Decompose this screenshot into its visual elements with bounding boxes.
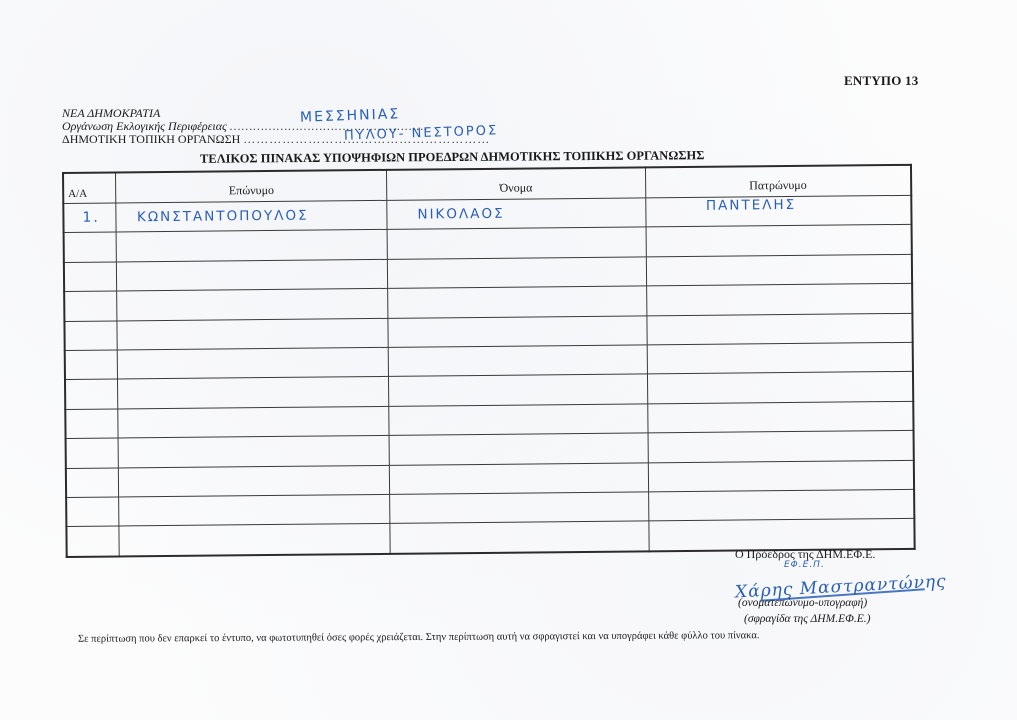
cell-aa — [66, 526, 119, 556]
cell-surname-value — [119, 450, 389, 453]
cell-name — [390, 521, 649, 553]
cell-surname-value — [118, 333, 388, 336]
cell-father-name-value — [647, 292, 911, 295]
cell-father-name — [646, 225, 912, 257]
cell-father-name-value — [647, 322, 911, 325]
cell-father-name — [647, 372, 913, 404]
cell-surname — [119, 435, 390, 467]
municipality-label: ΔΗΜΟΤΙΚΗ ΤΟΠΙΚΗ ΟΡΓΑΝΩΣΗ — [62, 133, 240, 146]
cell-name-value — [390, 477, 648, 479]
cell-name-value — [388, 242, 646, 244]
cell-name-value — [389, 330, 647, 332]
cell-aa: 1. — [63, 203, 116, 233]
cell-father-name — [648, 430, 914, 462]
table-title: ΤΕΛΙΚΟΣ ΠΙΝΑΚΑΣ ΥΠΟΨΗΦΙΩΝ ΠΡΟΕΔΡΩΝ ΔΗΜΟΤ… — [200, 148, 704, 167]
form-number: ΕΝΤΥΠΟ 13 — [844, 73, 918, 89]
cell-name — [388, 286, 647, 318]
cell-name — [389, 433, 648, 465]
cell-name — [390, 492, 649, 524]
cell-aa-value: 1. — [64, 210, 116, 226]
cell-aa — [66, 467, 119, 497]
cell-father-name-value — [646, 233, 910, 236]
cell-surname — [119, 494, 390, 526]
table-body: 1.ΚΩΝΣΤΑΝΤΟΠΟΥΛΟΣΝΙΚΟΛΑΟΣΠΑΝΤΕΛΗΣ — [63, 195, 914, 556]
cell-aa — [66, 497, 119, 527]
cell-surname: ΚΩΝΣΤΑΝΤΟΠΟΥΛΟΣ — [116, 200, 387, 232]
cell-aa — [65, 350, 118, 380]
cell-surname-value — [117, 244, 387, 247]
cell-surname-value — [118, 303, 388, 306]
cell-father-name — [646, 254, 912, 286]
cell-father-name: ΠΑΝΤΕΛΗΣ — [645, 195, 911, 227]
cell-surname — [119, 524, 390, 556]
cell-name-value — [389, 360, 647, 362]
cell-surname-value: ΚΩΝΣΤΑΝΤΟΠΟΥΛΟΣ — [117, 207, 387, 226]
scanned-form-page: ΕΝΤΥΠΟ 13 ΝΕΑ ΔΗΜΟΚΡΑΤΙΑ Οργάνωση Εκλογι… — [0, 0, 1017, 720]
cell-surname — [118, 406, 389, 438]
cell-surname-value — [119, 391, 389, 394]
cell-surname — [118, 347, 389, 379]
cell-name-value — [388, 271, 646, 273]
cell-aa — [64, 232, 117, 262]
cell-father-name-value — [649, 527, 913, 530]
cell-father-name-value — [648, 410, 912, 413]
cell-father-name — [647, 401, 913, 433]
cell-father-name-value — [648, 380, 912, 383]
cell-name-value — [391, 536, 649, 538]
cell-name — [387, 227, 646, 259]
cell-surname-value — [117, 274, 387, 277]
cell-name-value — [389, 389, 647, 391]
cell-name — [389, 404, 648, 436]
candidates-table: Α/Α Επώνυμο Όνομα Πατρώνυμο 1.ΚΩΝΣΤΑΝΤΟΠ… — [62, 164, 916, 558]
cell-father-name-value — [648, 439, 912, 442]
cell-name — [388, 315, 647, 347]
footnote: Σε περίπτωση που δεν επαρκεί το έντυπο, … — [78, 630, 760, 645]
cell-father-name-value — [647, 351, 911, 354]
cell-name-value — [389, 418, 647, 420]
stamp-abbreviation: ΕΦ.Ε.Π. — [784, 560, 825, 570]
cell-name-value: ΝΙΚΟΛΑΟΣ — [387, 205, 645, 223]
cell-name — [387, 257, 646, 289]
cell-name-value — [390, 506, 648, 508]
column-header-surname: Επώνυμο — [116, 170, 387, 203]
column-header-name: Όνομα — [387, 167, 646, 200]
cell-father-name-value — [648, 469, 912, 472]
cell-father-name — [648, 460, 914, 492]
cell-surname — [119, 465, 390, 497]
column-header-aa: Α/Α — [63, 172, 116, 203]
column-header-father-name: Πατρώνυμο — [645, 165, 911, 198]
cell-name-value — [388, 301, 646, 303]
cell-surname-value — [120, 538, 390, 541]
cell-surname — [117, 318, 388, 350]
cell-surname-value — [119, 421, 389, 424]
cell-father-name — [647, 342, 913, 374]
candidates-table-wrapper: Α/Α Επώνυμο Όνομα Πατρώνυμο 1.ΚΩΝΣΤΑΝΤΟΠ… — [62, 164, 916, 562]
cell-aa — [65, 409, 118, 439]
cell-name — [389, 462, 648, 494]
cell-surname-value — [118, 362, 388, 365]
cell-name-value — [390, 448, 648, 450]
cell-surname — [117, 259, 388, 291]
cell-father-name-value: ΠΑΝΤΕΛΗΣ — [646, 196, 911, 215]
cell-aa — [64, 321, 117, 351]
cell-name — [388, 345, 647, 377]
cell-aa — [64, 262, 117, 292]
cell-name — [388, 374, 647, 406]
stamp-label: (σφραγίδα της ΔΗΜ.ΕΦ.Ε.) — [744, 613, 870, 625]
cell-aa — [64, 291, 117, 321]
cell-aa — [65, 379, 118, 409]
cell-surname — [118, 377, 389, 409]
cell-father-name — [646, 284, 912, 316]
cell-father-name — [648, 489, 914, 521]
cell-name: ΝΙΚΟΛΑΟΣ — [387, 198, 646, 230]
cell-surname — [117, 230, 388, 262]
cell-surname-value — [119, 480, 389, 483]
cell-aa — [66, 438, 119, 468]
cell-surname — [117, 289, 388, 321]
name-signature-label: (ονοματεπώνυμο-υπογραφή) — [738, 597, 867, 609]
cell-surname-value — [120, 509, 390, 512]
cell-father-name-value — [647, 263, 911, 266]
cell-father-name — [646, 313, 912, 345]
cell-father-name-value — [649, 498, 913, 501]
